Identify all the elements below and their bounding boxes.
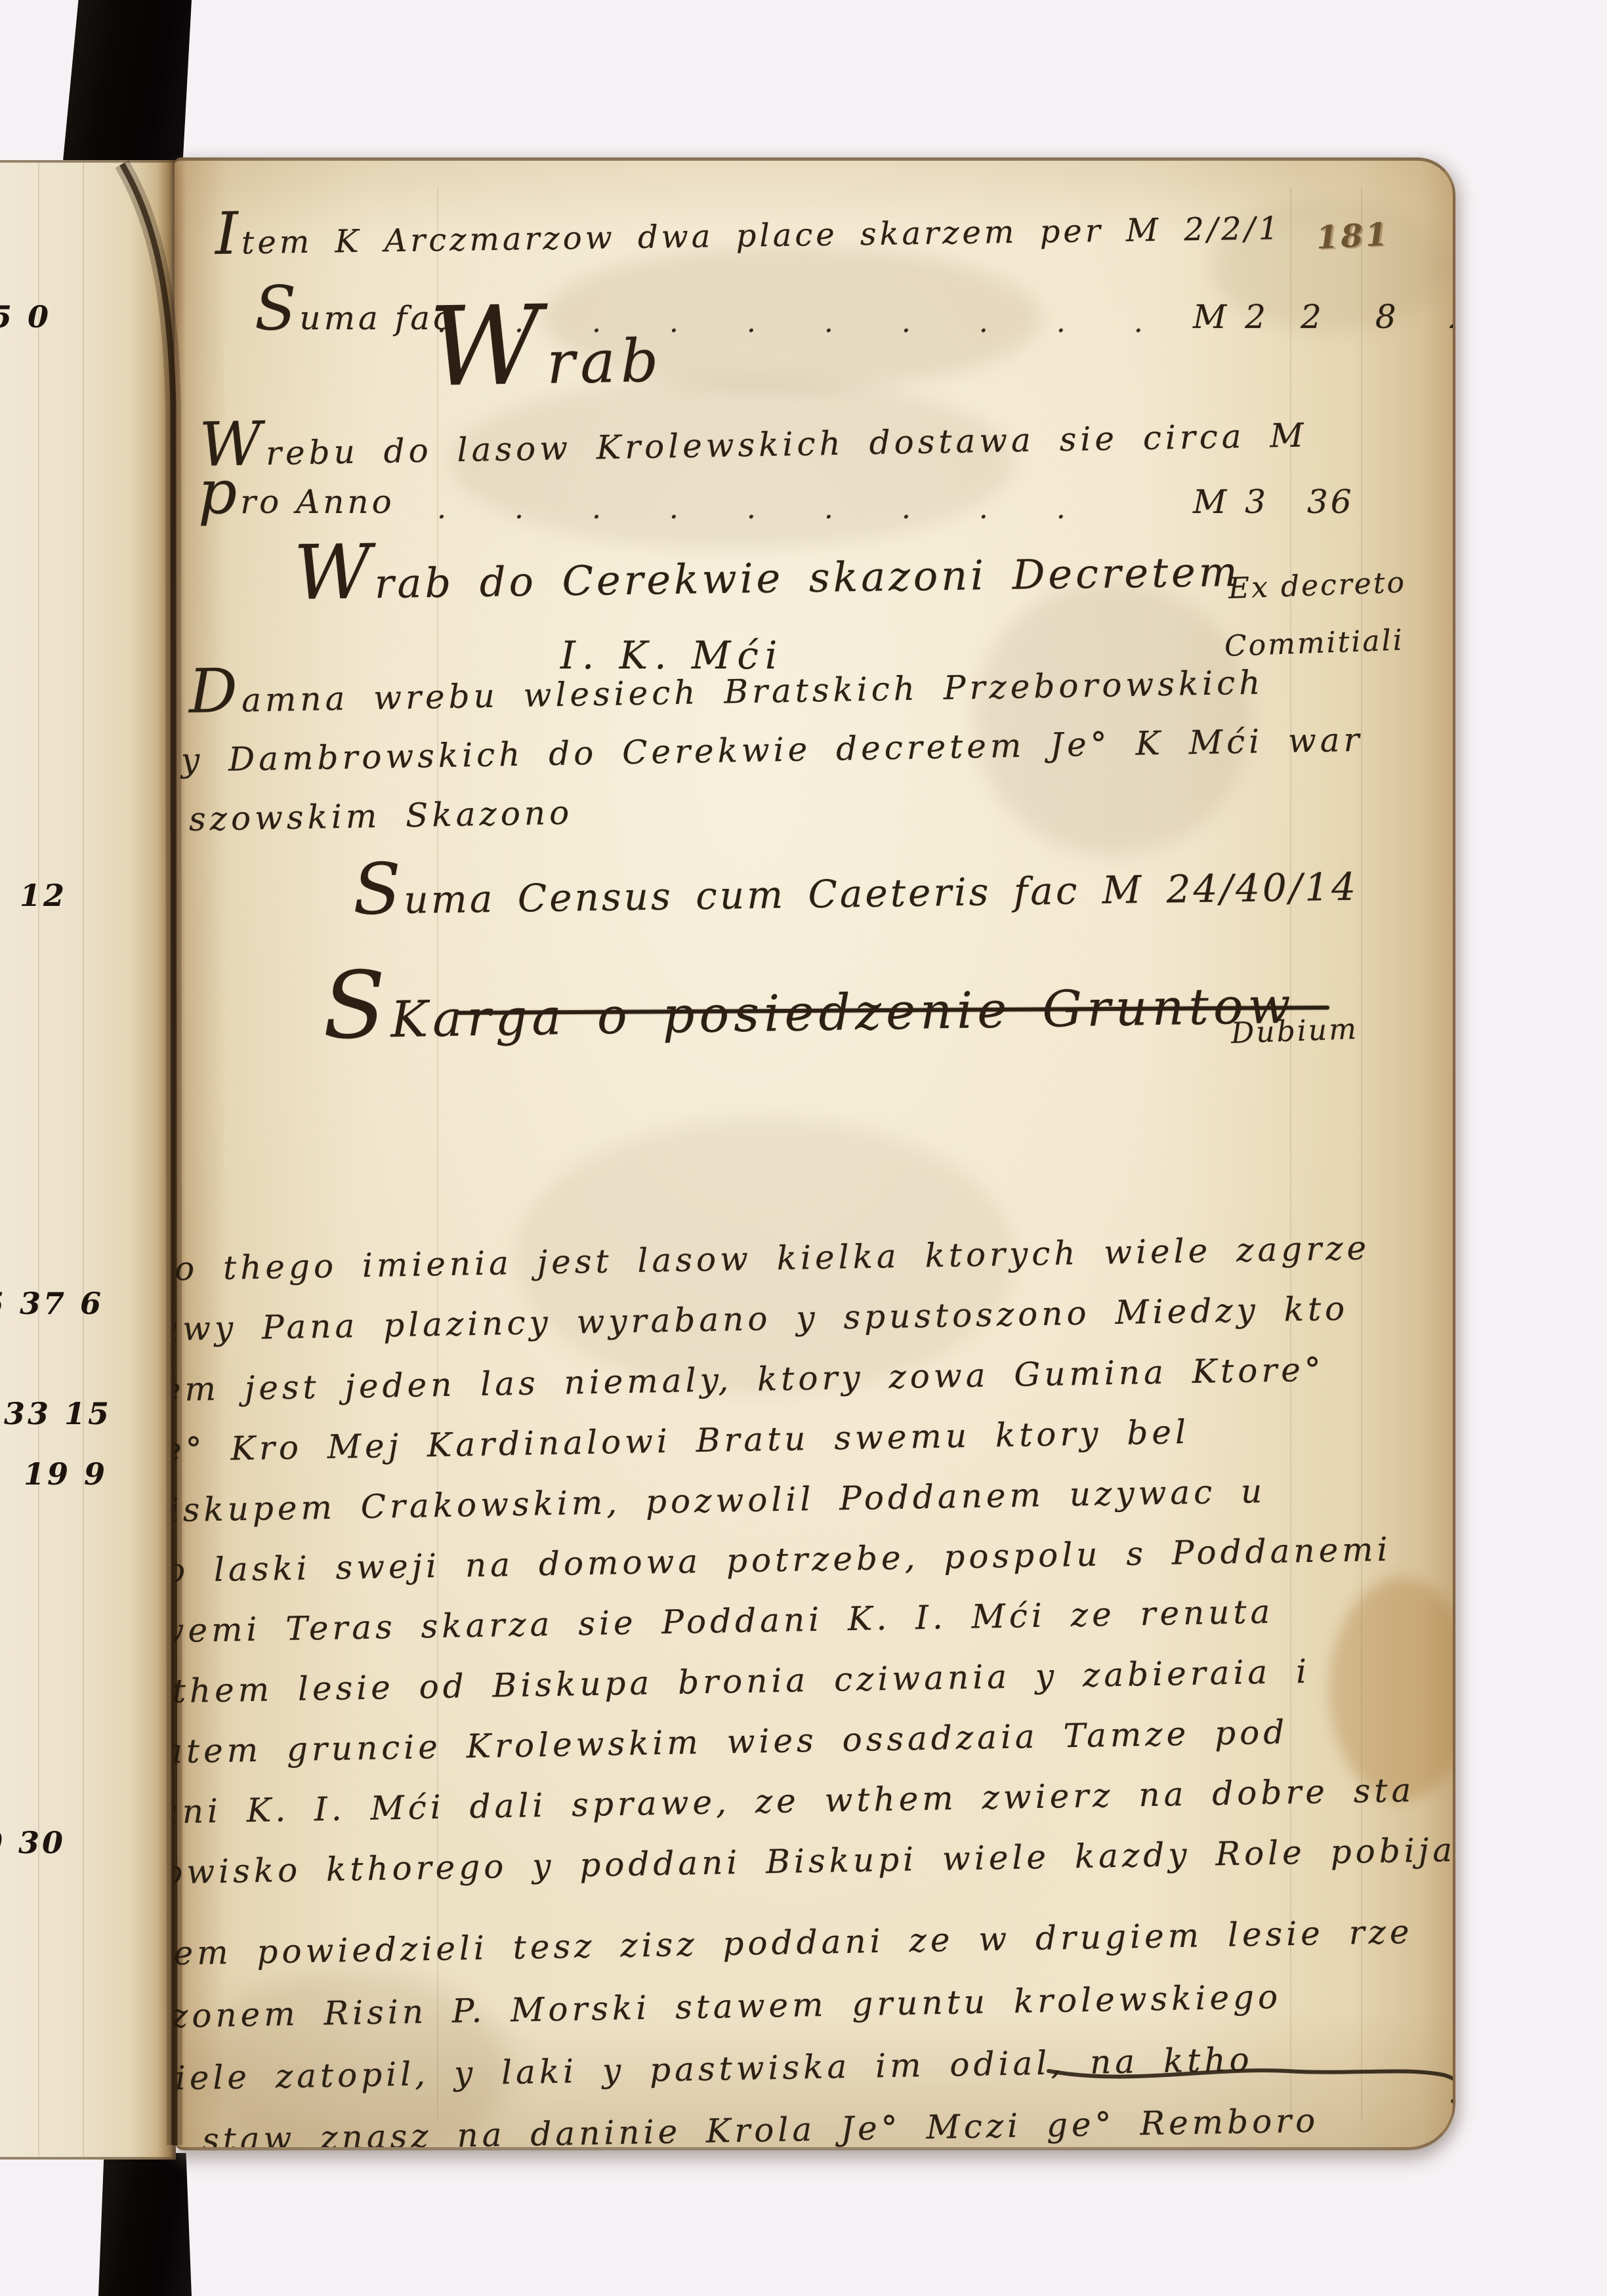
body-line: natem gruncie Krolewskim wies ossadzaia … (175, 1713, 1289, 1771)
body-line: Je° Kro Mej Kardinalowi Bratu swemu ktor… (175, 1414, 1190, 1469)
margin-number: 33 15 (4, 1396, 112, 1431)
pro-anno-currency: M 3 (1193, 483, 1270, 520)
dot-leader: . . . . . . . . . (437, 493, 1067, 525)
pro-anno-label: pro Anno (198, 483, 395, 520)
entry-line-karczmarzow: Item K Arczmarzow dwa place skarzem per … (215, 211, 1282, 261)
page-number: 181 (1316, 217, 1391, 256)
paper-chain-line (83, 163, 84, 2157)
body-line: do laski sweji na domowa potrzebe, pospo… (175, 1531, 1392, 1589)
suma-fac-label: Suma fac (255, 300, 455, 337)
heading-wrab: Wrab (428, 329, 664, 399)
margin-number: 12 (20, 878, 67, 913)
body-line: wthem lesie od Biskupa bronia cziwania y… (175, 1653, 1311, 1710)
pro-anno-digits: 36 (1307, 483, 1354, 520)
bookmark-ribbon-bottom (98, 2153, 192, 2296)
margin-number: 5 0 (0, 299, 51, 335)
body-line: nowisko kthorego y poddani Biskupi wiele… (175, 1832, 1455, 1891)
facing-page-edge: 5 0 12 5 37 6 33 15 19 9 0 30 (0, 160, 176, 2160)
ink-bleed-stain (975, 581, 1251, 856)
manuscript-page: 181 Item K Arczmarzow dwa place skarzem … (175, 157, 1455, 2150)
item-line: Item powiedzieli tesz zisz poddani ze w … (175, 1914, 1413, 1973)
suma-census-line: Suma Census cum Caeteris fac M 24/40/14 (353, 866, 1359, 922)
margin-note-dubium: Dubium (1230, 1013, 1359, 1050)
paper-chain-line (1361, 187, 1362, 2121)
heading-ikmci: I. K. Mći (560, 634, 783, 677)
margin-note-ex-decreto: Ex decreto (1228, 567, 1407, 605)
bookmark-ribbon-top (63, 0, 192, 166)
margin-number: 0 30 (0, 1825, 66, 1860)
suma-fac-currency: M 2 (1193, 298, 1270, 335)
paper-chain-line (437, 187, 438, 2121)
suma-fac-digits: 2 8 2 (1301, 298, 1455, 335)
heading-skarga: SKarga o posiedzenie Gruntow (322, 977, 1295, 1048)
body-line: swemi Teras skarza sie Poddani K. I. Mći… (175, 1593, 1274, 1650)
body-line: Biskupem Crakowskim, pozwolil Poddanem u… (175, 1473, 1266, 1529)
margin-note-commitiali: Commitiali (1224, 624, 1404, 663)
brown-stain (1329, 1578, 1455, 1801)
margin-number: 5 37 6 (0, 1286, 104, 1321)
manuscript-scan: 5 0 12 5 37 6 33 15 19 9 0 30 181 Item K… (0, 0, 1607, 2296)
margin-number: 19 9 (24, 1456, 108, 1492)
paper-chain-line (1290, 187, 1291, 2121)
para-damna-line: szowskim Skazono (189, 794, 574, 838)
body-line: dani K. I. Mći dali sprawe, ze wthem zwi… (175, 1772, 1415, 1831)
